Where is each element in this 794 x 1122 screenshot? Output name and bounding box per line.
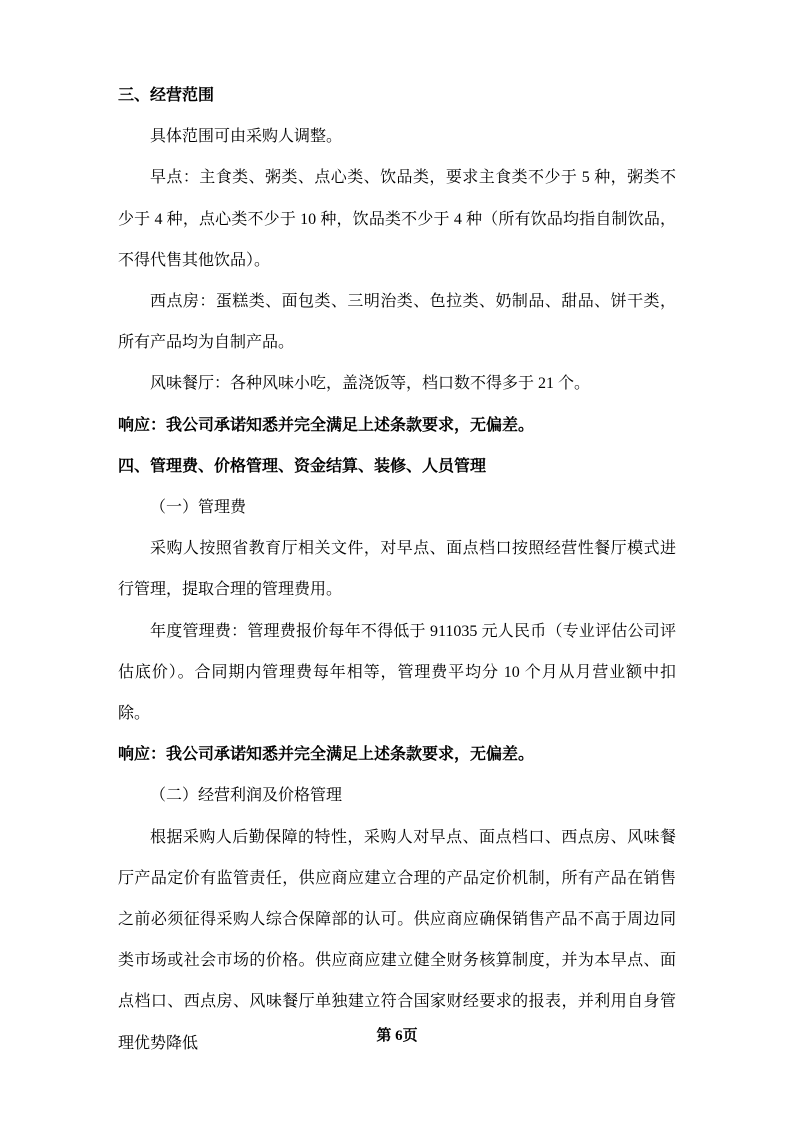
response-statement-2: 响应：我公司承诺知悉并完全满足上述条款要求，无偏差。 <box>118 734 676 775</box>
section-heading-business-scope: 三、经营范围 <box>118 75 676 116</box>
section-heading-management-fee: 四、管理费、价格管理、资金结算、装修、人员管理 <box>118 446 676 487</box>
subheading-profit-price-management: （二）经营利润及价格管理 <box>118 775 676 816</box>
document-page: 三、经营范围 具体范围可由采购人调整。 早点：主食类、粥类、点心类、饮品类，要求… <box>0 0 794 1122</box>
page-number-label: 第 6页 <box>376 1028 417 1044</box>
paragraph-breakfast-items: 早点：主食类、粥类、点心类、饮品类，要求主食类不少于 5 种，粥类不少于 4 种… <box>118 157 676 281</box>
document-content: 三、经营范围 具体范围可由采购人调整。 早点：主食类、粥类、点心类、饮品类，要求… <box>118 75 676 1064</box>
paragraph-bakery-items: 西点房：蛋糕类、面包类、三明治类、色拉类、奶制品、甜品、饼干类，所有产品均为自制… <box>118 281 676 363</box>
subheading-management-fee: （一）管理费 <box>118 487 676 528</box>
page-footer: 第 6页 <box>0 1026 794 1046</box>
paragraph-scope-adjust: 具体范围可由采购人调整。 <box>118 116 676 157</box>
paragraph-flavor-restaurant: 风味餐厅：各种风味小吃，盖浇饭等，档口数不得多于 21 个。 <box>118 363 676 404</box>
response-statement-1: 响应：我公司承诺知悉并完全满足上述条款要求，无偏差。 <box>118 405 676 446</box>
paragraph-annual-management-fee: 年度管理费：管理费报价每年不得低于 911035 元人民币（专业评估公司评估底价… <box>118 611 676 735</box>
paragraph-management-mode: 采购人按照省教育厅相关文件，对早点、面点档口按照经营性餐厅模式进行管理，提取合理… <box>118 528 676 610</box>
